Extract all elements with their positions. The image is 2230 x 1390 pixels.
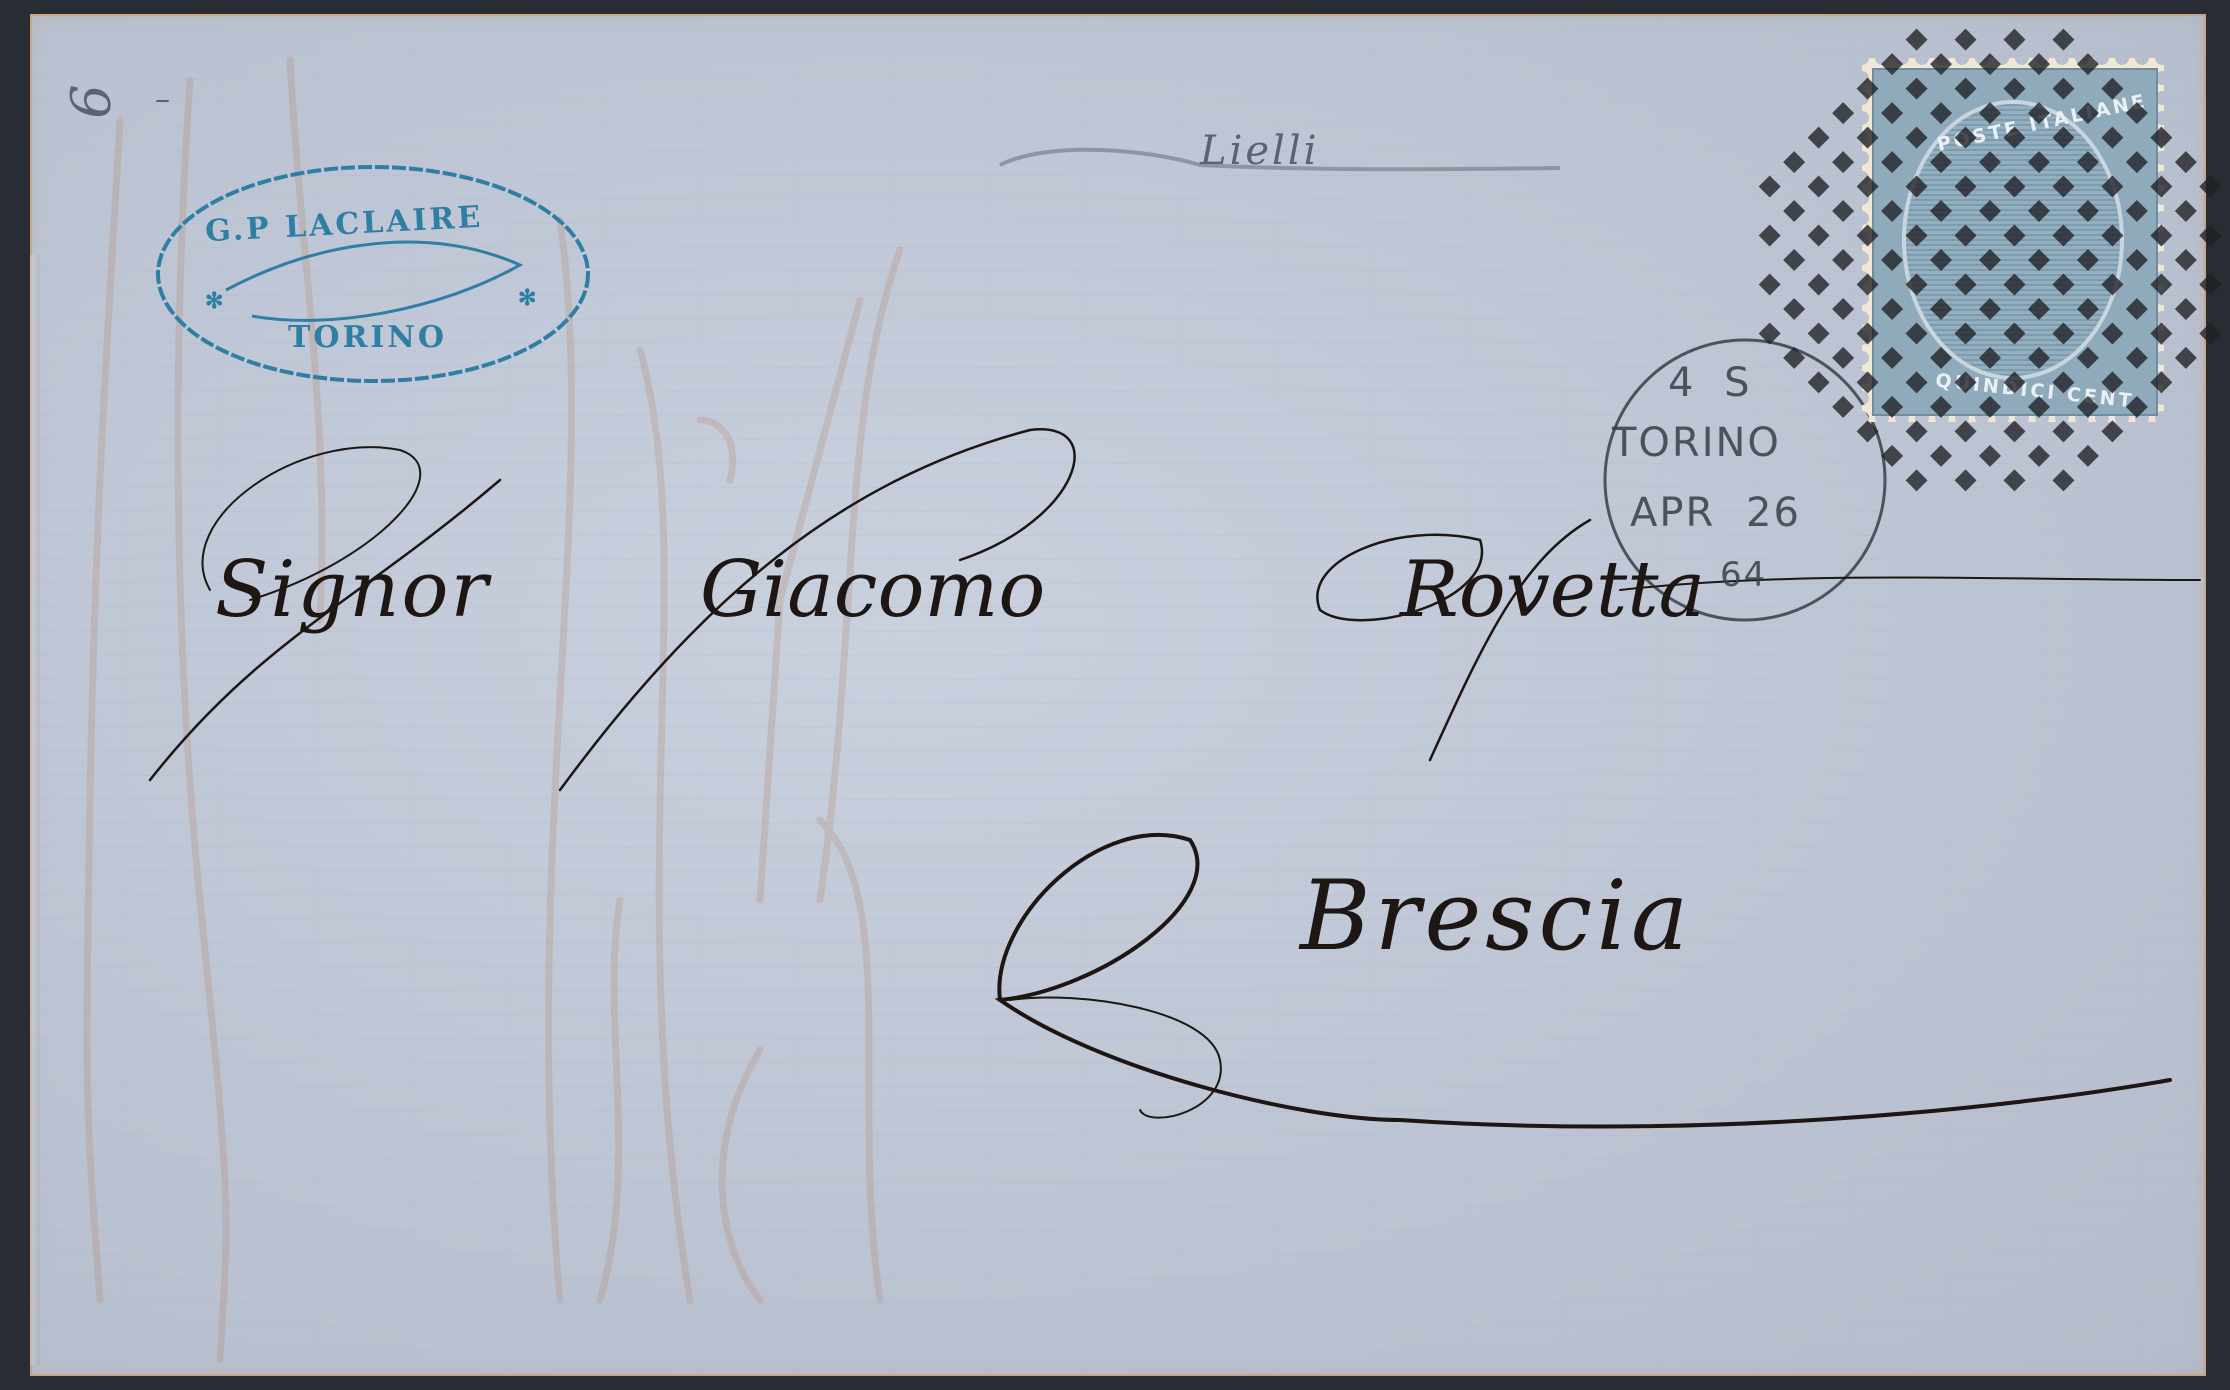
postmark-city: TORINO [1612, 420, 1781, 466]
address-surname: Rovetta [1400, 545, 1705, 635]
postmark-year: 64 [1720, 555, 1767, 595]
address-first-name: Giacomo [700, 545, 1045, 635]
address-city: Brescia [1300, 860, 1692, 972]
postmark-line-1: 4 S [1668, 360, 1752, 406]
address-salutation: Signor [215, 545, 490, 635]
grid-cancel-icon [0, 0, 2230, 1390]
postmark-date: APR 26 [1630, 490, 1801, 536]
